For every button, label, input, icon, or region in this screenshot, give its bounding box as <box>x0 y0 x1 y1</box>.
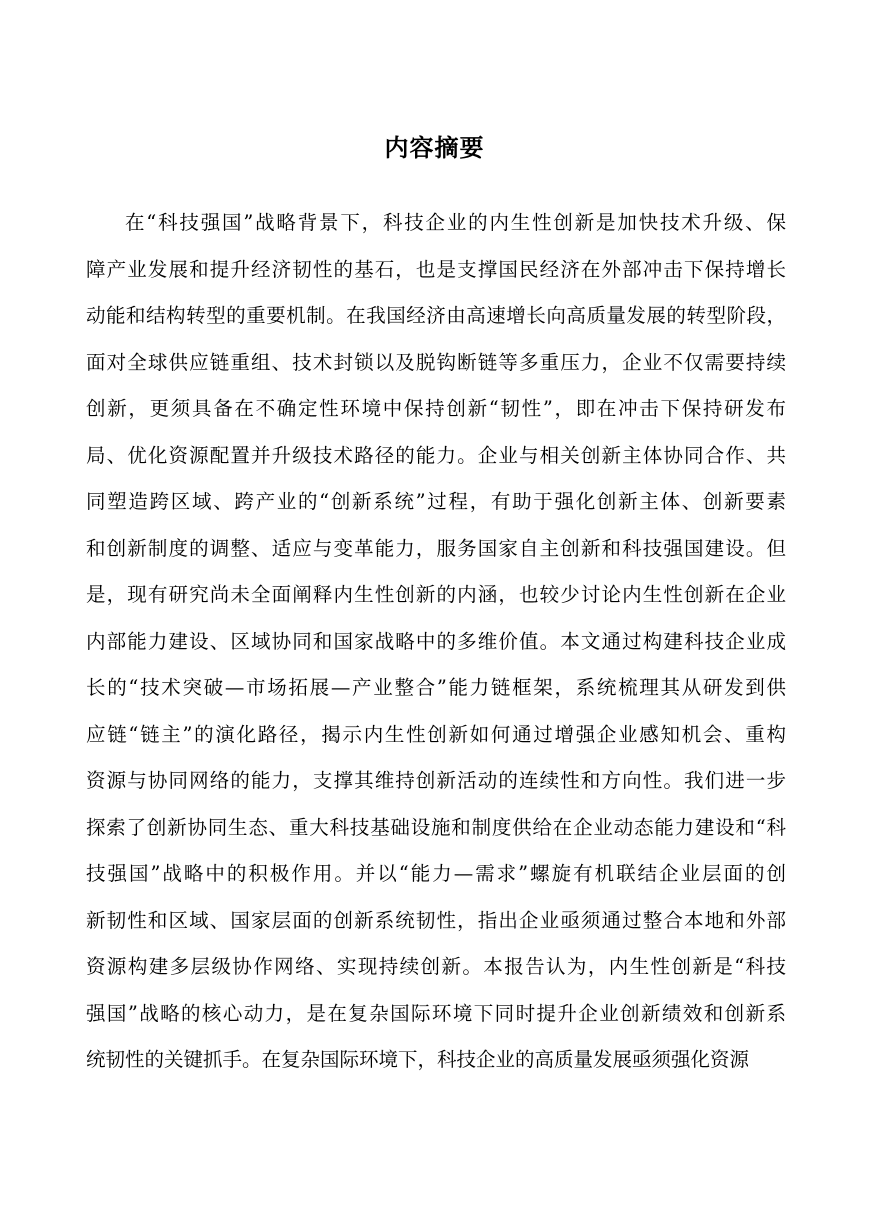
paragraph-line: 障产业发展和提升经济韧性的基石，也是支撑国民经济在外部冲击下保持增长 <box>86 247 786 294</box>
paragraph-line: 应链“链主”的演化路径，揭示内生性创新如何通过增强企业感知机会、重构 <box>86 712 786 759</box>
paragraph-line: 技强国”战略中的积极作用。并以“能力—需求”螺旋有机联结企业层面的创 <box>86 851 786 898</box>
paragraph-line: 资源与协同网络的能力，支撑其维持创新活动的连续性和方向性。我们进一步 <box>86 758 786 805</box>
document-page: 内容摘要 在“科技强国”战略背景下，科技企业的内生性创新是加快技术升级、保障产业… <box>0 0 869 1228</box>
paragraph-line: 是，现有研究尚未全面阐释内生性创新的内涵，也较少讨论内生性创新在企业 <box>86 572 786 619</box>
abstract-paragraph: 在“科技强国”战略背景下，科技企业的内生性创新是加快技术升级、保障产业发展和提升… <box>86 200 786 1084</box>
page-title: 内容摘要 <box>0 0 869 162</box>
paragraph-line: 同塑造跨区域、跨产业的“创新系统”过程，有助于强化创新主体、创新要素 <box>86 479 786 526</box>
paragraph-line: 创新，更须具备在不确定性环境中保持创新“韧性”，即在冲击下保持研发布 <box>86 386 786 433</box>
paragraph-line: 探索了创新协同生态、重大科技基础设施和制度供给在企业动态能力建设和“科 <box>86 805 786 852</box>
paragraph-line: 统韧性的关键抓手。在复杂国际环境下，科技企业的高质量发展亟须强化资源 <box>86 1037 786 1084</box>
paragraph-line: 内部能力建设、区域协同和国家战略中的多维价值。本文通过构建科技企业成 <box>86 619 786 666</box>
paragraph-line: 和创新制度的调整、适应与变革能力，服务国家自主创新和科技强国建设。但 <box>86 526 786 573</box>
paragraph-line: 强国”战略的核心动力，是在复杂国际环境下同时提升企业创新绩效和创新系 <box>86 991 786 1038</box>
paragraph-line: 长的“技术突破—市场拓展—产业整合”能力链框架，系统梳理其从研发到供 <box>86 665 786 712</box>
paragraph-line: 局、优化资源配置并升级技术路径的能力。企业与相关创新主体协同合作、共 <box>86 433 786 480</box>
paragraph-line: 在“科技强国”战略背景下，科技企业的内生性创新是加快技术升级、保 <box>86 200 786 247</box>
paragraph-line: 新韧性和区域、国家层面的创新系统韧性，指出企业亟须通过整合本地和外部 <box>86 898 786 945</box>
paragraph-line: 面对全球供应链重组、技术封锁以及脱钩断链等多重压力，企业不仅需要持续 <box>86 340 786 387</box>
paragraph-line: 资源构建多层级协作网络、实现持续创新。本报告认为，内生性创新是“科技 <box>86 944 786 991</box>
paragraph-line: 动能和结构转型的重要机制。在我国经济由高速增长向高质量发展的转型阶段， <box>86 293 786 340</box>
